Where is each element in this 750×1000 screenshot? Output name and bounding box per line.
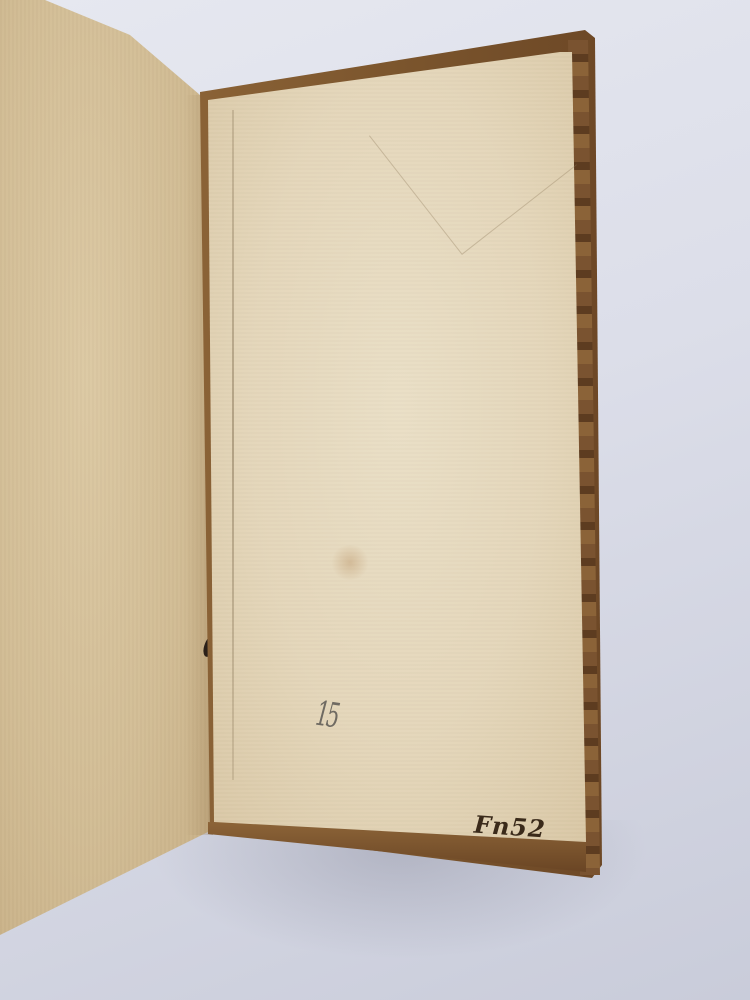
ink-shelfmark-inscription: Fn52 <box>473 810 547 844</box>
left-endpaper-page <box>0 0 215 940</box>
foxing-stain <box>330 545 370 580</box>
paper-fold-line <box>232 110 234 780</box>
photo-scene: 15 Fn52 <box>0 0 750 1000</box>
